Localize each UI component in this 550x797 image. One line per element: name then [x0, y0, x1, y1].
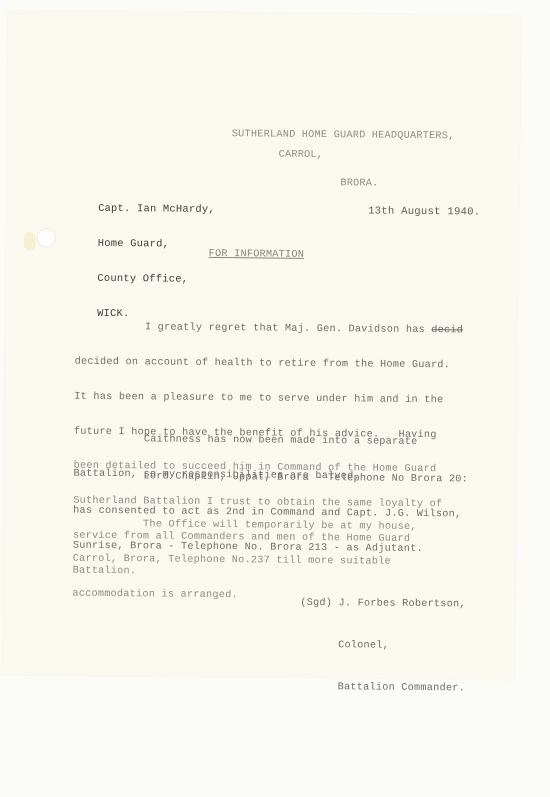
letterhead-town: BRORA.	[340, 178, 378, 190]
punch-hole	[37, 228, 56, 247]
signature-line: Battalion Commander.	[299, 681, 465, 697]
recipient-line: County Office,	[97, 274, 214, 287]
paper-stain	[24, 232, 36, 250]
letterhead-place: CARROL,	[279, 150, 324, 162]
letter-page: SUTHERLAND HOME GUARD HEADQUARTERS, CARR…	[2, 10, 521, 680]
letterhead-organisation: SUTHERLAND HOME GUARD HEADQUARTERS,	[232, 129, 455, 143]
line-text: I greatly regret that Maj. Gen. Davidson…	[75, 322, 431, 336]
paragraph-line: Carrol, Brora, Telephone No.237 till mor…	[73, 554, 533, 570]
letter-date: 13th August 1940.	[368, 206, 480, 219]
signature-block: (Sgd) J. Forbes Robertson, Colonel, Batt…	[299, 569, 466, 725]
paragraph-line: The Office will temporarily be at my hou…	[73, 519, 533, 535]
recipient-line: Home Guard,	[98, 239, 215, 252]
paragraph-line: I greatly regret that Maj. Gen. Davidson…	[75, 322, 535, 338]
paragraph-line: decided on account of health to retire f…	[75, 357, 535, 373]
recipient-line: Capt. Ian McHardy,	[98, 204, 215, 217]
struck-word: decid	[431, 325, 463, 336]
signature-line: Colonel,	[300, 639, 466, 655]
paragraph-line: It has been a pleasure to me to serve un…	[74, 391, 534, 407]
paragraph-line: Lord Chaplin, Uppat, Brora - Telephone N…	[73, 471, 533, 487]
subject-heading: FOR INFORMATION	[209, 249, 305, 262]
signature-line: (Sgd) J. Forbes Robertson,	[300, 597, 466, 613]
